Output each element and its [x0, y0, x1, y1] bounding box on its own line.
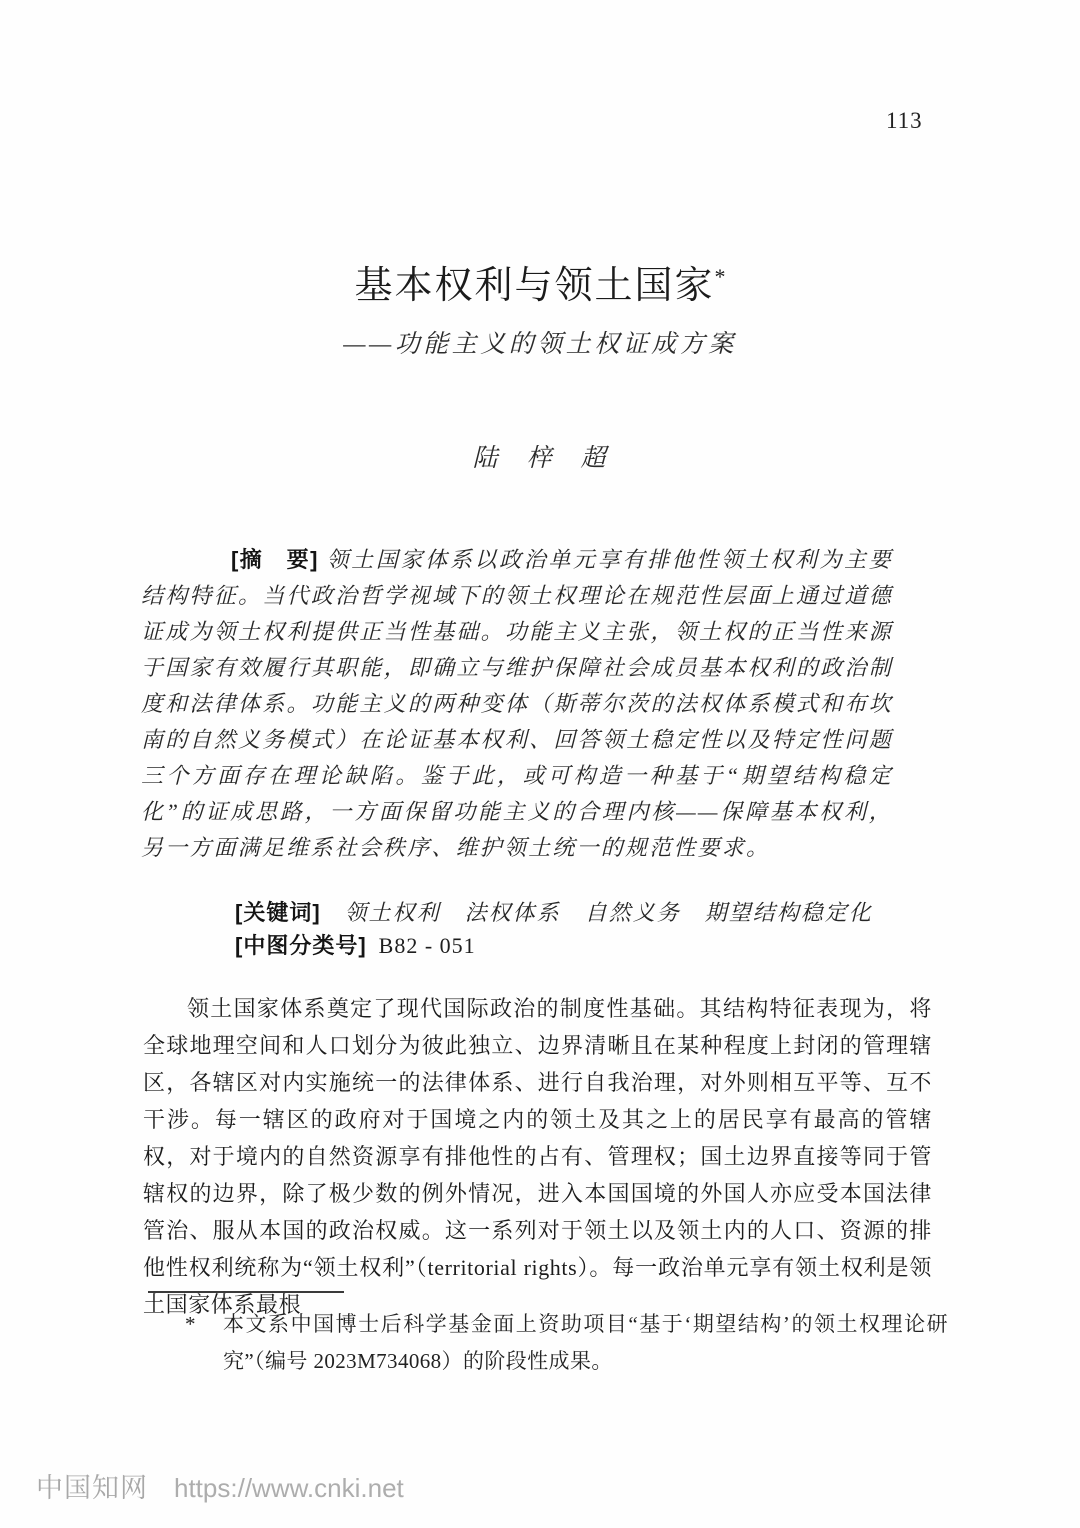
watermark-site-name: 中国知网: [36, 1466, 148, 1505]
author-name: 陆 梓 超: [0, 438, 1080, 474]
keywords-line: [关键词]领土权利法权体系自然义务期望结构稳定化: [235, 896, 935, 929]
cnki-watermark: 中国知网 https://www.cnki.net: [36, 1466, 404, 1505]
keywords-label: [关键词]: [235, 900, 321, 925]
keyword-item: 领土权利: [345, 900, 441, 925]
footnote-separator: [148, 1291, 344, 1293]
article-subtitle: ——功能主义的领土权证成方案: [0, 324, 1080, 360]
title-footnote-marker: *: [715, 264, 726, 289]
classification-label: [中图分类号]: [235, 933, 367, 958]
article-title: 基本权利与领土国家*: [0, 254, 1080, 309]
footnote: * 本文系中国博士后科学基金面上资助项目“基于‘期望结构’的领土权理论研究”（编…: [185, 1306, 948, 1380]
abstract-paragraph: [摘 要] 领土国家体系以政治单元享有排他性领土权利为主要结构特征。当代政治哲学…: [141, 542, 893, 866]
article-title-text: 基本权利与领土国家: [354, 265, 714, 307]
body-paragraph: 领土国家体系奠定了现代国际政治的制度性基础。其结构特征表现为，将全球地理空间和人…: [143, 990, 932, 1323]
keyword-item: 期望结构稳定化: [705, 900, 873, 925]
watermark-url: https://www.cnki.net: [174, 1473, 404, 1504]
abstract-label: [摘 要]: [231, 547, 318, 572]
classification-value: B82 - 051: [379, 933, 476, 958]
keyword-item: 自然义务: [585, 900, 681, 925]
document-page: 113 基本权利与领土国家* ——功能主义的领土权证成方案 陆 梓 超 [摘 要…: [0, 0, 1080, 1528]
footnote-marker: *: [185, 1306, 223, 1380]
classification-line: [中图分类号]B82 - 051: [235, 929, 935, 962]
page-number: 113: [886, 108, 923, 134]
abstract-text: 领土国家体系以政治单元享有排他性领土权利为主要结构特征。当代政治哲学视域下的领土…: [141, 547, 893, 860]
footnote-text: 本文系中国博士后科学基金面上资助项目“基于‘期望结构’的领土权理论研究”（编号 …: [223, 1306, 948, 1380]
keyword-item: 法权体系: [465, 900, 561, 925]
